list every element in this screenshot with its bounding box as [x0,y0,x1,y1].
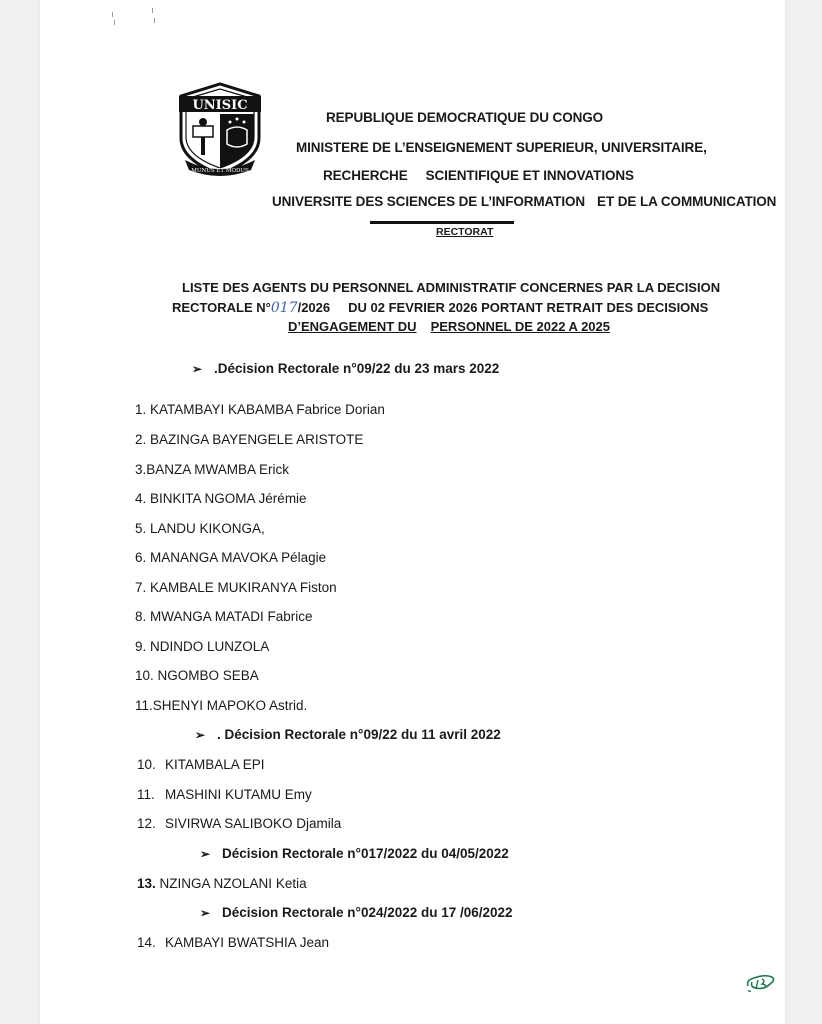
item-number: 1. [135,402,146,417]
item-number: 12. [137,816,165,831]
agent-name: NZINGA NZOLANI Ketia [160,876,307,891]
document-page: UNISIC MUNUS ET MODUS REPUBLIQUE DEMOCRA… [40,0,785,1024]
header-ministry-cont-a: RECHERCHE [323,168,408,183]
list-item: 6. MANANGA MAVOKA Pélagie [135,550,326,565]
list-item: 12.SIVIRWA SALIBOKO Djamila [137,816,341,831]
arrowhead-bullet-icon: ➢ [192,362,214,376]
header-university: UNIVERSITE DES SCIENCES DE L’INFORMATION… [272,194,776,209]
document-title-line1: LISTE DES AGENTS DU PERSONNEL ADMINISTRA… [182,280,720,295]
list-item: 2. BAZINGA BAYENGELE ARISTOTE [135,432,363,447]
item-number: 11. [135,698,153,713]
item-number: 5. [135,521,146,536]
list-item: 14.KAMBAYI BWATSHIA Jean [137,935,329,950]
decision-heading: ➢Décision Rectorale n°024/2022 du 17 /06… [200,905,513,920]
agent-name: BANZA MWAMBA Erick [146,462,289,477]
list-item: 4. BINKITA NGOMA Jérémie [135,491,307,506]
header-ministry-cont: RECHERCHESCIENTIFIQUE ET INNOVATIONS [323,168,634,183]
signature-initials-icon [744,972,778,994]
list-item: 8. MWANGA MATADI Fabrice [135,609,313,624]
agent-name: BINKITA NGOMA Jérémie [150,491,307,506]
list-item: 10. NGOMBO SEBA [135,668,259,683]
decision-heading-text: Décision Rectorale n°024/2022 du 17 /06/… [222,905,513,920]
agent-name: MWANGA MATADI Fabrice [150,609,313,624]
svg-text:UNISIC: UNISIC [192,98,247,113]
header-ministry: MINISTERE DE L’ENSEIGNEMENT SUPERIEUR, U… [296,140,707,155]
list-item: 1. KATAMBAYI KABAMBA Fabrice Dorian [135,402,385,417]
title-line3-a: D’ENGAGEMENT DU [288,319,417,334]
department-label: RECTORAT [436,226,493,238]
agent-name: BAZINGA BAYENGELE ARISTOTE [150,432,363,447]
decision-heading-text: . Décision Rectorale n°09/22 du 11 avril… [217,727,501,742]
header-republic: REPUBLIQUE DEMOCRATIQUE DU CONGO [326,110,603,125]
handwritten-decision-number: 017 [271,300,298,316]
agent-name: SHENYI MAPOKO Astrid. [153,698,308,713]
document-title-line2: RECTORALE N°017/2026DU 02 FEVRIER 2026 P… [172,300,708,316]
agent-name: LANDU KIKONGA, [150,521,265,536]
list-item: 5. LANDU KIKONGA, [135,521,265,536]
item-number: 14. [137,935,165,950]
list-item: 11.SHENYI MAPOKO Astrid. [135,698,307,713]
item-number: 3. [135,462,146,477]
item-number: 2. [135,432,146,447]
decision-heading: ➢Décision Rectorale n°017/2022 du 04/05/… [200,846,509,861]
decision-heading-text: Décision Rectorale n°017/2022 du 04/05/2… [222,846,509,861]
list-item: 13. NZINGA NZOLANI Ketia [137,876,307,891]
item-number: 8. [135,609,146,624]
title-year: /2026 [298,300,331,315]
arrowhead-bullet-icon: ➢ [200,847,222,861]
list-item: 10.KITAMBALA EPI [137,757,265,772]
decision-heading: ➢. Décision Rectorale n°09/22 du 11 avri… [195,727,501,742]
item-number: 6. [135,550,146,565]
item-number: 13. [137,876,156,891]
agent-name: KITAMBALA EPI [165,757,265,772]
arrowhead-bullet-icon: ➢ [200,906,222,920]
item-number: 7. [135,580,146,595]
item-number: 11. [137,787,165,802]
agent-name: KAMBAYI BWATSHIA Jean [165,935,329,950]
title-line3-b: PERSONNEL DE 2022 A 2025 [431,319,610,334]
svg-text:MUNUS ET MODUS: MUNUS ET MODUS [191,168,249,174]
header-university-b: ET DE LA COMMUNICATION [597,194,776,209]
decision-heading-text: .Décision Rectorale n°09/22 du 23 mars 2… [214,361,499,376]
item-number: 10. [135,668,154,683]
header-divider [370,221,514,224]
unisic-crest-logo: UNISIC MUNUS ET MODUS [175,82,265,178]
decision-heading: ➢.Décision Rectorale n°09/22 du 23 mars … [192,361,499,376]
scan-specks [110,8,170,28]
agent-name: NGOMBO SEBA [158,668,259,683]
item-number: 9. [135,639,146,654]
arrowhead-bullet-icon: ➢ [195,728,217,742]
agent-name: KATAMBAYI KABAMBA Fabrice Dorian [150,402,385,417]
header-ministry-cont-b: SCIENTIFIQUE ET INNOVATIONS [426,168,634,183]
document-title-line3: D’ENGAGEMENT DUPERSONNEL DE 2022 A 2025 [288,319,610,334]
title-suffix: DU 02 FEVRIER 2026 PORTANT RETRAIT DES D… [348,300,708,315]
agent-name: KAMBALE MUKIRANYA Fiston [150,580,337,595]
list-item: 7. KAMBALE MUKIRANYA Fiston [135,580,337,595]
list-item: 3.BANZA MWAMBA Erick [135,462,289,477]
title-prefix: RECTORALE N° [172,300,271,315]
header-university-a: UNIVERSITE DES SCIENCES DE L’INFORMATION [272,194,585,209]
item-number: 10. [137,757,165,772]
agent-name: MASHINI KUTAMU Emy [165,787,312,802]
agent-name: NDINDO LUNZOLA [150,639,269,654]
list-item: 11.MASHINI KUTAMU Emy [137,787,312,802]
item-number: 4. [135,491,146,506]
agent-name: MANANGA MAVOKA Pélagie [150,550,326,565]
list-item: 9. NDINDO LUNZOLA [135,639,269,654]
agent-name: SIVIRWA SALIBOKO Djamila [165,816,341,831]
